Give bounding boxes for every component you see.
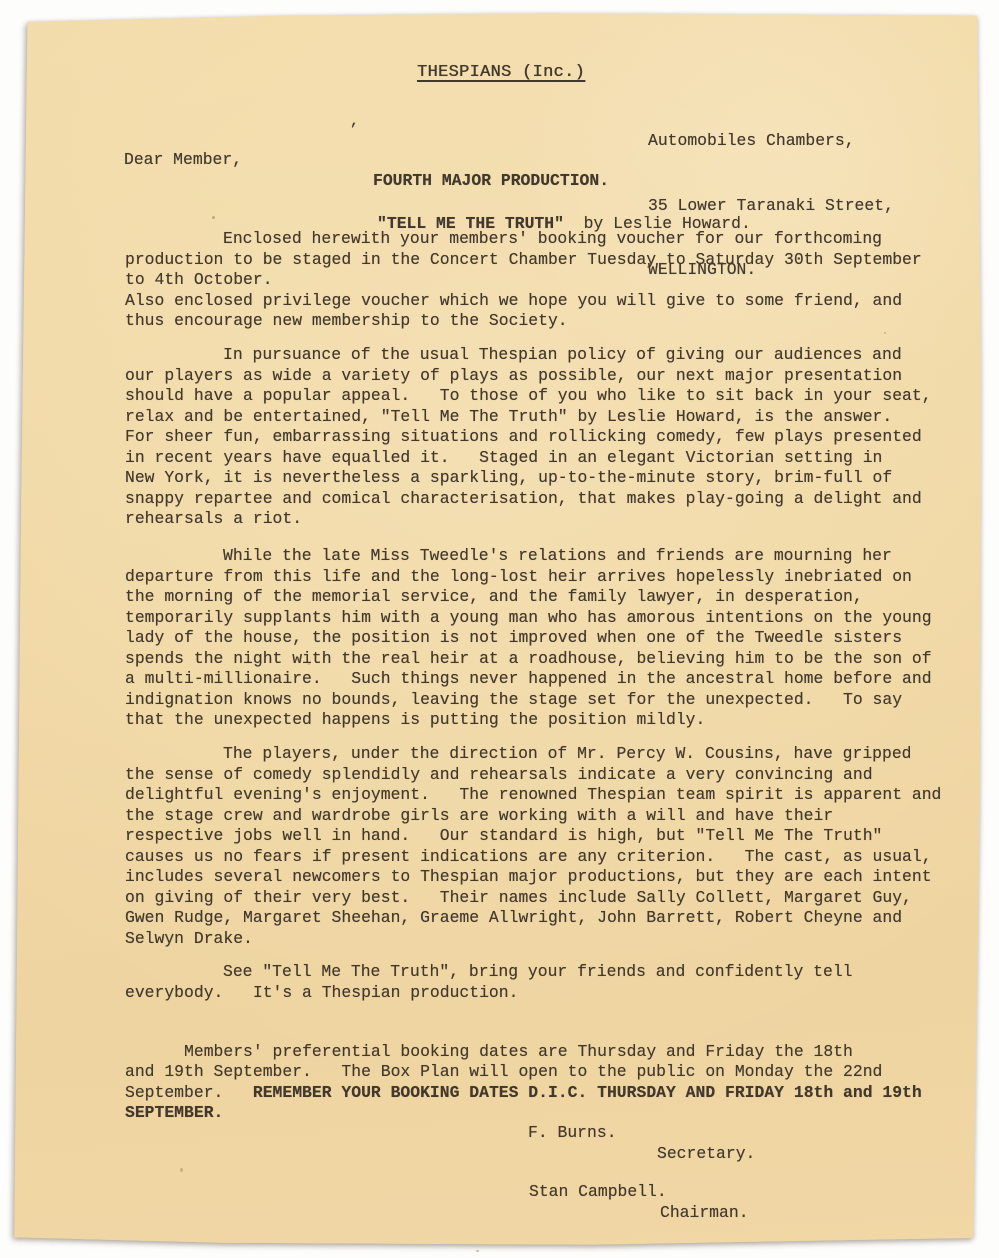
scanned-letter: THESPIANS (Inc.) Automobiles Chambers, 3…	[0, 0, 999, 1258]
paragraph-see-it: See "Tell Me The Truth", bring your frie…	[125, 962, 965, 1003]
letter-content: THESPIANS (Inc.) Automobiles Chambers, 3…	[0, 0, 999, 1258]
paragraph-players-cast: The players, under the direction of Mr. …	[125, 744, 965, 949]
age-speck	[180, 1168, 183, 1172]
age-speck	[212, 216, 215, 219]
age-speck	[884, 332, 886, 334]
chairman-title: Chairman.	[660, 1203, 749, 1224]
subject-heading: FOURTH MAJOR PRODUCTION.	[373, 171, 609, 192]
address-line-1: Automobiles Chambers,	[648, 130, 894, 152]
organisation-name: THESPIANS (Inc.)	[417, 63, 585, 84]
secretary-title: Secretary.	[657, 1144, 755, 1165]
paragraph-enclosures: Enclosed herewith your members' booking …	[125, 229, 965, 332]
paragraph-play-description: In pursuance of the usual Thespian polic…	[125, 345, 965, 530]
paragraph-plot-summary: While the late Miss Tweedle's relations …	[125, 546, 965, 731]
age-speck	[476, 1250, 479, 1252]
secretary-name: F. Burns.	[528, 1123, 617, 1144]
chairman-name: Stan Campbell.	[529, 1182, 667, 1203]
salutation: Dear Member,	[124, 150, 242, 171]
stray-typed-mark: ,	[350, 112, 359, 133]
age-speck	[308, 663, 310, 665]
